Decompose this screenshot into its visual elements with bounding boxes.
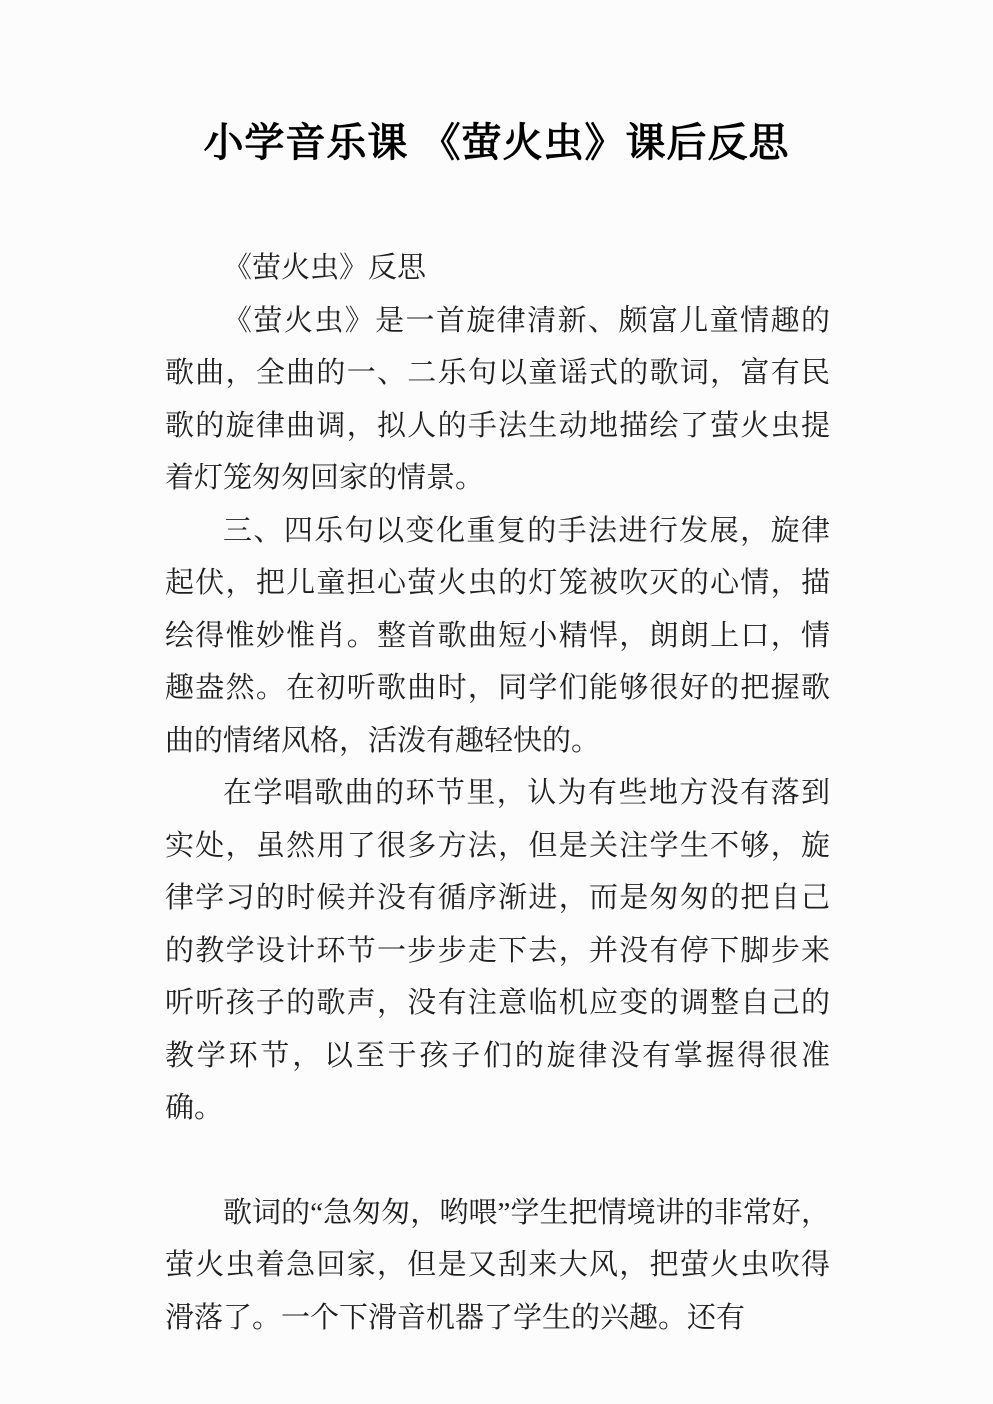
- paragraph-reflection-heading: 《萤火虫》反思: [165, 242, 830, 295]
- paragraph-song-description: 《萤火虫》是一首旋律清新、颇富儿童情趣的歌曲，全曲的一、二乐句以童谣式的歌词，富…: [165, 295, 830, 505]
- document-page: 小学音乐课 《萤火虫》课后反思 《萤火虫》反思 《萤火虫》是一首旋律清新、颇富儿…: [0, 0, 993, 1404]
- paragraph-lyrics-discussion: 歌词的“急匆匆，哟喂”学生把情境讲的非常好，萤火虫着急回家，但是又刮来大风，把萤…: [165, 1187, 830, 1345]
- paragraph-teaching-reflection: 在学唱歌曲的环节里，认为有些地方没有落到实处，虽然用了很多方法，但是关注学生不够…: [165, 767, 830, 1135]
- document-title: 小学音乐课 《萤火虫》课后反思: [0, 0, 993, 174]
- document-body: 《萤火虫》反思 《萤火虫》是一首旋律清新、颇富儿童情趣的歌曲，全曲的一、二乐句以…: [165, 242, 830, 1344]
- paragraph-phrases-development: 三、四乐句以变化重复的手法进行发展，旋律起伏，把儿童担心萤火虫的灯笼被吹灭的心情…: [165, 505, 830, 768]
